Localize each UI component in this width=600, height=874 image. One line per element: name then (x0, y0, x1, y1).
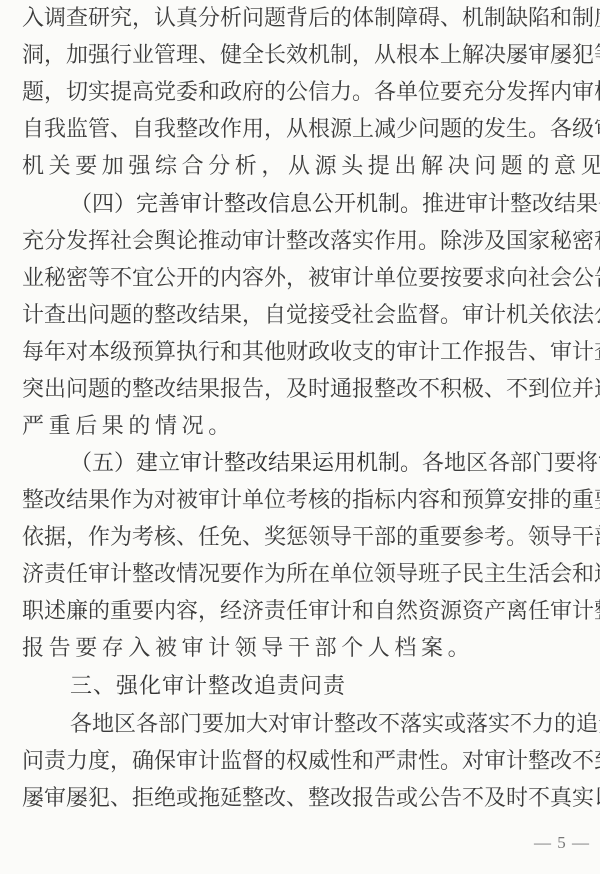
paragraph-text: 推进审计整改结果公开， (422, 192, 600, 217)
section-3-heading: 三、强化审计整改追责问责 (70, 672, 588, 702)
paragraph-line: 屡审屡犯、拒绝或拖延整改、整改报告或公告不及时不真实以及 (22, 784, 588, 814)
page-number: — 5 — (520, 833, 590, 857)
subsection-4-title: （四）完善审计整改信息公开机制。 (70, 192, 422, 217)
document-page: 入调查研究，认真分析问题背后的体制障碍、机制缺陷和制度漏 洞，加强行业管理、健全… (0, 0, 600, 874)
paragraph-text: 各地区各部门要将审计 (422, 451, 600, 476)
paragraph-line: 整改结果作为对被审计单位考核的指标内容和预算安排的重要 (22, 486, 588, 516)
paragraph-line: 充分发挥社会舆论推动审计整改落实作用。除涉及国家秘密和商 (22, 227, 588, 257)
paragraph-line: 突出问题的整改结果报告，及时通报整改不积极、不到位并造成 (22, 375, 588, 405)
paragraph-line: 自我监管、自我整改作用，从根源上减少问题的发生。各级审计 (22, 115, 588, 145)
paragraph-line: 依据，作为考核、任免、奖惩领导干部的重要参考。领导干部经 (22, 523, 588, 553)
paragraph-line: 各地区各部门要加大对审计整改不落实或落实不力的追责 (70, 710, 588, 740)
paragraph-line: 机关要加强综合分析，从源头提出解决问题的意见建议。 (22, 152, 588, 182)
paragraph-line: 洞，加强行业管理、健全长效机制，从根本上解决屡审屡犯等问 (22, 41, 588, 71)
paragraph-line: 业秘密等不宜公开的内容外，被审计单位要按要求向社会公告审 (22, 264, 588, 294)
paragraph-line: 计查出问题的整改结果，自觉接受社会监督。审计机关依法公开 (22, 301, 588, 331)
paragraph-line: 问责力度，确保审计监督的权威性和严肃性。对审计整改不到位、 (22, 747, 588, 777)
subsection-5-title: （五）建立审计整改结果运用机制。 (70, 451, 422, 476)
subsection-5-line: （五）建立审计整改结果运用机制。各地区各部门要将审计 (70, 449, 588, 479)
paragraph-line: 入调查研究，认真分析问题背后的体制障碍、机制缺陷和制度漏 (22, 4, 588, 34)
paragraph-line: 严重后果的情况。 (22, 412, 588, 442)
paragraph-line: 题，切实提高党委和政府的公信力。各单位要充分发挥内审机制 (22, 78, 588, 108)
paragraph-line: 每年对本级预算执行和其他财政收支的审计工作报告、审计查出 (22, 338, 588, 368)
subsection-4-line: （四）完善审计整改信息公开机制。推进审计整改结果公开， (70, 190, 588, 220)
paragraph-line: 职述廉的重要内容，经济责任审计和自然资源资产离任审计整改 (22, 597, 588, 627)
paragraph-line: 报告要存入被审计领导干部个人档案。 (22, 634, 588, 664)
paragraph-line: 济责任审计整改情况要作为所在单位领导班子民主生活会和述 (22, 560, 588, 590)
